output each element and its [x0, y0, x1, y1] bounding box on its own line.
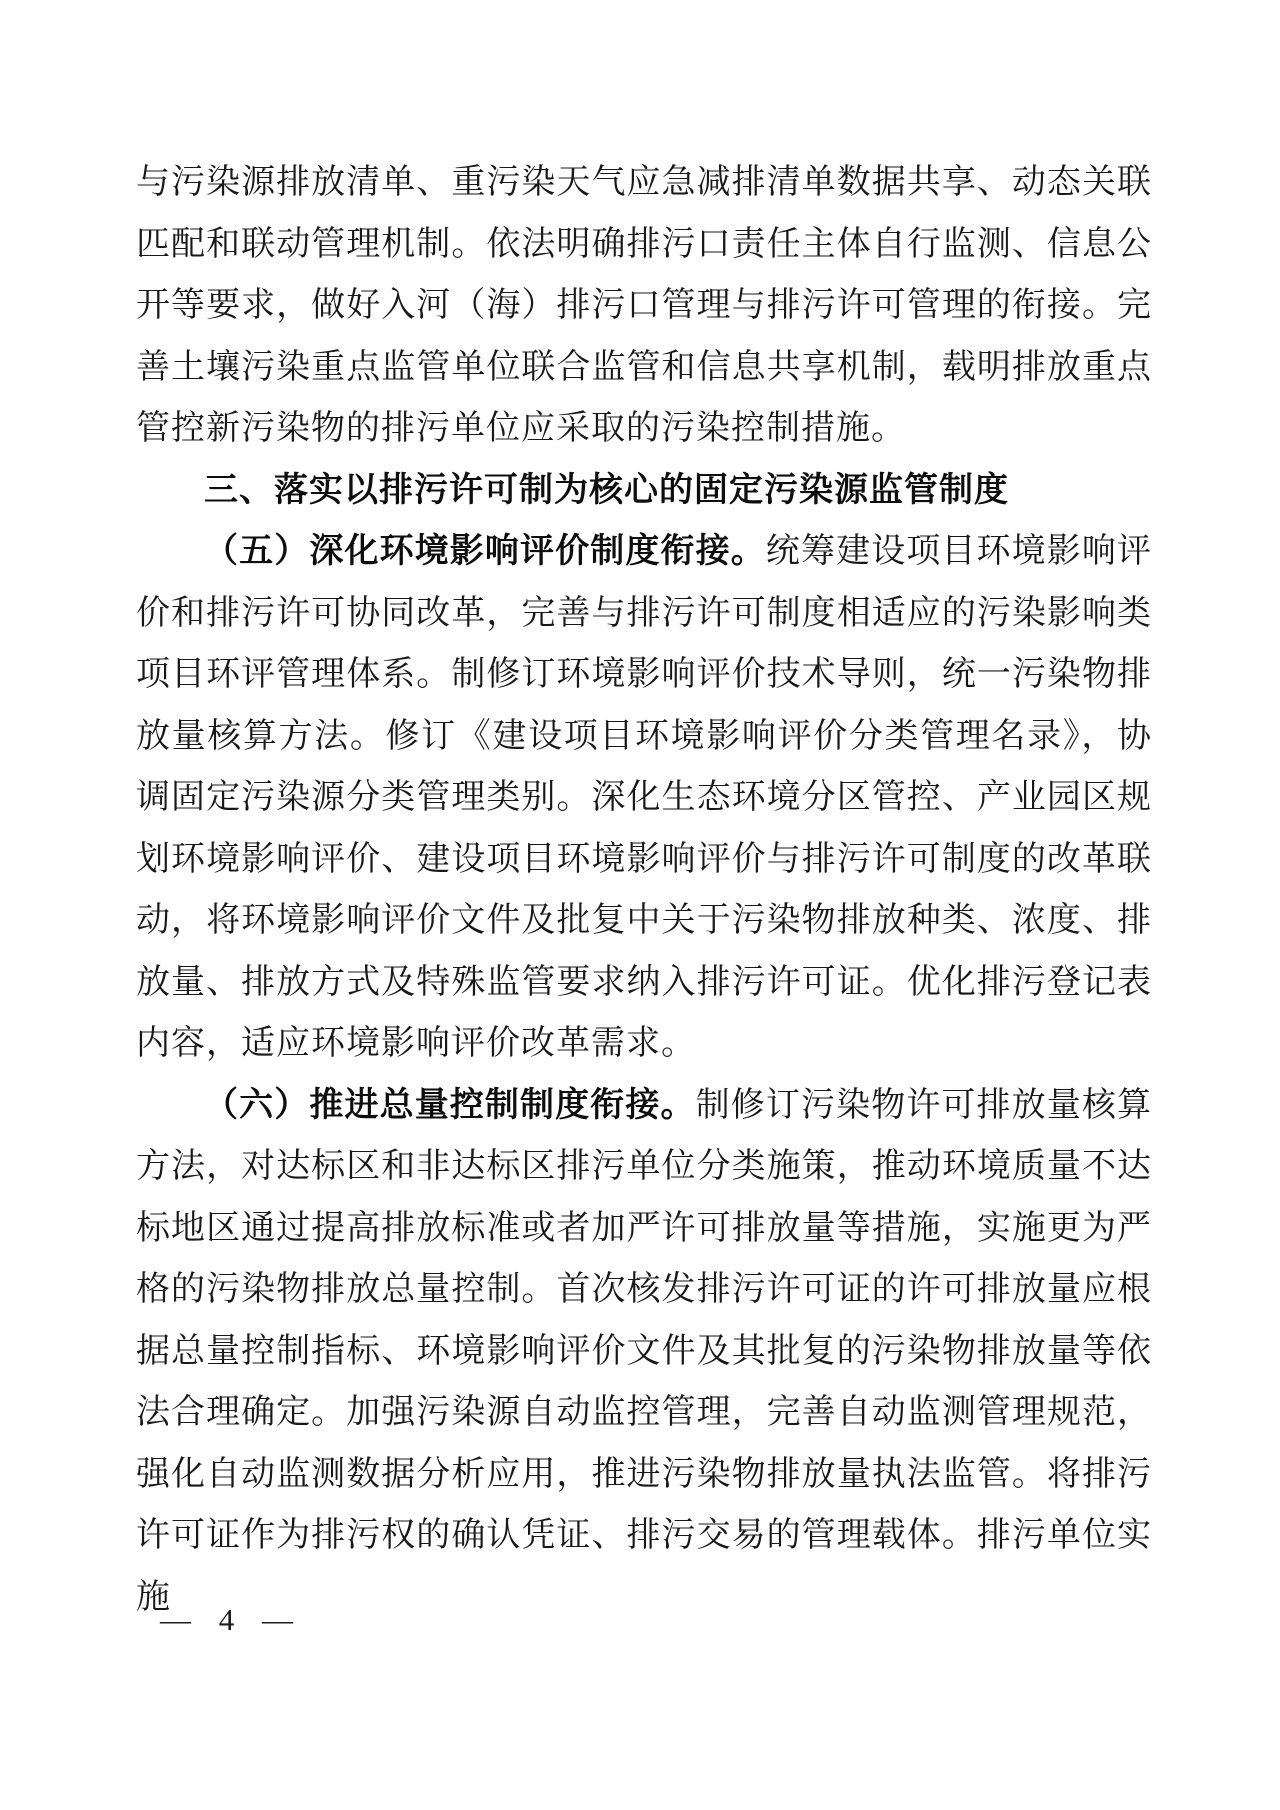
- document-page: 与污染源排放清单、重污染天气应急减排清单数据共享、动态关联匹配和联动管理机制。依…: [0, 0, 1280, 1810]
- paragraph-5: （五）深化环境影响评价制度衔接。统筹建设项目环境影响评价和排污许可协同改革，完善…: [136, 521, 1152, 1075]
- continuation-paragraph: 与污染源排放清单、重污染天气应急减排清单数据共享、动态关联匹配和联动管理机制。依…: [136, 152, 1152, 460]
- paragraph-5-lead: （五）深化环境影响评价制度衔接。: [204, 533, 766, 570]
- section-heading-3: 三、落实以排污许可制为核心的固定污染源监管制度: [136, 460, 1152, 522]
- paragraph-5-body: 统筹建设项目环境影响评价和排污许可协同改革，完善与排污许可制度相适应的污染影响类…: [136, 533, 1152, 1062]
- paragraph-6-lead: （六）推进总量控制制度衔接。: [204, 1087, 696, 1124]
- paragraph-6-body: 制修订污染物许可排放量核算方法，对达标区和非达标区排污单位分类施策，推动环境质量…: [136, 1087, 1152, 1616]
- paragraph-6: （六）推进总量控制制度衔接。制修订污染物许可排放量核算方法，对达标区和非达标区排…: [136, 1075, 1152, 1629]
- page-number: — 4 —: [160, 1602, 303, 1638]
- document-body: 与污染源排放清单、重污染天气应急减排清单数据共享、动态关联匹配和联动管理机制。依…: [136, 152, 1152, 1628]
